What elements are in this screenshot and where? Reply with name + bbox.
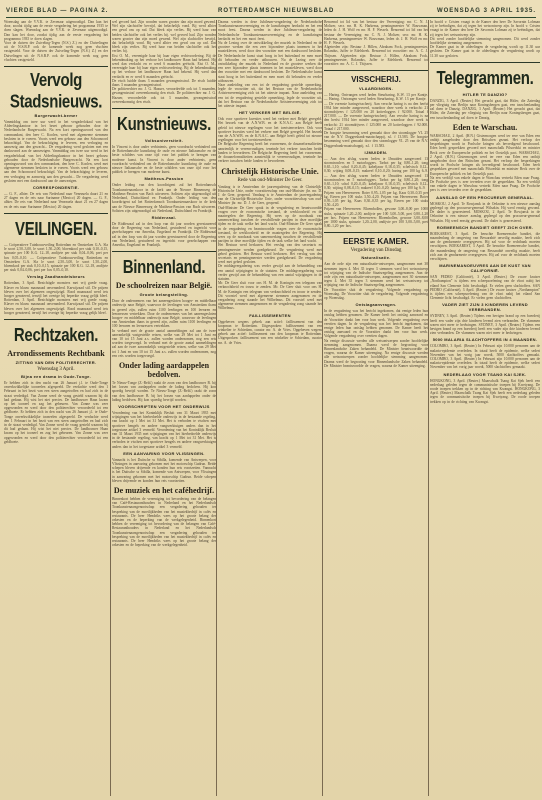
article-subheading: IJMUIDEN.: [324, 150, 428, 155]
column-3: Daarna werden in deze Jubileum-vergaderi…: [218, 20, 322, 796]
article-paragraph: Nu de Lezing over de ontwikkeling der mu…: [218, 41, 322, 83]
column-5: In hoofd v. Cristen vraagt in de Kamer d…: [430, 20, 540, 796]
article-paragraph: In de vergadering was het bericht ingeko…: [324, 309, 428, 338]
article-paragraph: Rotterdam, 3 April. Bezichtigde monsters…: [4, 281, 108, 315]
article-subheading: FAILLISSEMENTEN: [218, 313, 322, 318]
article-paragraph: De politierechter mr. J. G. Hazuer, vero…: [112, 87, 216, 104]
article-subheading: Verslag Zaadhandelsbeurs: [4, 274, 108, 279]
article-subheading: CORRESPONDENTIE.: [4, 185, 108, 190]
section-rule: [112, 251, 216, 252]
article-subheading: HITLER TE DANZIG?: [430, 92, 540, 97]
article-paragraph: MOSKOU, 2 April. Te Rowjansk in de Oekra…: [430, 202, 540, 223]
article-paragraph: Eist O. M., vereenigde haar bij haar eig…: [112, 54, 216, 79]
article-paragraph: COLOMBO, 3 April. (Reuter.) In Februari …: [430, 344, 540, 369]
article-subheading: MARINEMANOEUVRES AAN DE KUST VAN CALIFOR…: [430, 263, 540, 273]
article-subheading: VOORSCHRIFTEN VOOR HET ONDERWIJS: [112, 404, 216, 409]
article-dateline: Rede van oud-Minister De Geer.: [218, 178, 322, 183]
article-dateline: Woensdag 3 April.: [4, 367, 108, 372]
article-headline: Christelijk Historische Unie.: [218, 167, 322, 176]
article-headline: De schoolreizen naar België.: [112, 281, 216, 290]
section-rule: [4, 213, 108, 214]
article-paragraph: SYDNEY, 3 April. (Reuter.) Tijdens een h…: [430, 314, 540, 335]
article-subheading: ROEMEENSCH BANDIET GEEFT ZICH OVER.: [430, 225, 540, 230]
article-paragraph: Dit werd zonder hoofdelijke stemming aan…: [430, 37, 540, 45]
article-paragraph: Prijzen van Heerenveen: Boter 0,95–1,05 …: [324, 191, 428, 208]
section-rule: [112, 108, 216, 109]
article-paragraph: Benoemd tot lid van het bestuur der Vere…: [324, 20, 428, 45]
article-paragraph: De Belgische Regeering heeft het voornem…: [218, 142, 322, 163]
article-paragraph: Prijzen van Heerenveen: Bloembollen, gew…: [324, 207, 428, 228]
section-heading: Kunstnieuws.: [112, 114, 216, 135]
article-paragraph: Dit voorstel werd met algemeene stemmen …: [218, 294, 322, 311]
article-paragraph: Na een verblijf van enkele dagen te Wars…: [430, 176, 540, 193]
issue-date: WOENSDAG 3 APRIL 1935.: [437, 8, 536, 14]
article-headline: Onder lading aardappelen bedolven.: [112, 361, 216, 379]
section-heading: Rechtzaken.: [4, 325, 108, 346]
article-subheading: Groote belangstelling.: [112, 292, 216, 297]
section-heading: Telegrammen.: [430, 68, 540, 89]
article-subheading: VLAARDINGEN.: [324, 86, 428, 91]
page-label: VIERDE BLAD — PAGINA 2.: [6, 8, 108, 14]
article-paragraph: — Coöperatieve Tuinbouwveiling Rotterdam…: [4, 243, 108, 272]
article-paragraph: WARSCHAU, 2 April. (H.N.) Gistermorgen w…: [430, 134, 540, 176]
article-paragraph: Na eenige discussie werden alle wetsontw…: [324, 339, 428, 368]
article-paragraph: HONGKONG, 3 April. (Reuter.) Maarschalk …: [430, 379, 540, 404]
article-headline: Arrondissements Rechtbank: [4, 349, 108, 358]
article-paragraph: De Kamer gaat in de afdeelingen de verga…: [430, 45, 540, 58]
article-paragraph: DANZIG, 3 April. (Reuter.) Het gerucht g…: [430, 99, 540, 120]
column-4: Benoemd tot lid van het bestuur der Vere…: [324, 20, 428, 796]
article-paragraph: De Ridderzaal zal in den loop van dit ja…: [112, 222, 216, 247]
article-subheading: VADER ZIET ZIJN 3 KINDEREN LEVEND VERBRA…: [430, 302, 540, 312]
section-heading: VEILINGEN.: [4, 219, 108, 240]
section-rule: [4, 319, 108, 320]
article-subheading: EEN AANVARING VOOR VLISSINGEN.: [112, 451, 216, 456]
article-paragraph: — De vorenste haringvisscherij. Aan vers…: [324, 102, 428, 131]
article-headline: De muziek en het caféhedrijf.: [112, 486, 216, 495]
article-paragraph: Er hebben zich in den nacht van 26 Janua…: [4, 381, 108, 444]
article-paragraph: De eisch luidde thans 3 maanden gevangen…: [112, 79, 216, 87]
article-paragraph: Binnenkort hebben de vereeniging tot bev…: [112, 497, 216, 547]
article-subheading: Mattheus-Passion: [112, 176, 216, 181]
article-subheading: Ontslagaanvragen.: [324, 302, 428, 307]
article-subheading: NEDERLAAG VOOR TSANG KAI SJEK.: [430, 372, 540, 377]
article-paragraph: Vannacht is het Duitsche ss Sibilla, kom…: [112, 458, 216, 483]
section-rule: [324, 70, 428, 71]
article-paragraph: wel gevoed had. Zijn wonden waren groote…: [112, 20, 216, 54]
article-paragraph: In hoofd v. Cristen vraagt in de Kamer d…: [430, 20, 540, 37]
article-paragraph: — Aan den afslag waren heden te IJmuiden…: [324, 157, 428, 191]
article-paragraph: Oud-Minister De Geer sprak in de vergade…: [218, 206, 322, 244]
article-subheading: Burgerwacht-bemer: [4, 113, 108, 118]
article-paragraph: Woensdag aan de V.V.K. te Zevenaar uitge…: [4, 20, 108, 41]
section-heading: VISSCHERIJ.: [324, 75, 428, 84]
column-1: Woensdag aan de V.V.K. te Zevenaar uitge…: [4, 20, 108, 796]
section-heading: Binnenland.: [112, 257, 216, 278]
article-paragraph: BOEKAREST, 3 April. De beruchte Roemeens…: [430, 232, 540, 261]
masthead: VIERDE BLAD — PAGINA 2. ROTTERDAMSCH NIE…: [6, 7, 536, 18]
article-subheading: AANSLAG OP EEN PROCUREUR GENERAAL.: [430, 195, 540, 200]
columns: Woensdag aan de V.V.K. te Zevenaar uitge…: [4, 20, 538, 796]
section-heading: Vervolg Stadsnieuws.: [4, 70, 108, 113]
section-rule: [430, 62, 540, 63]
column-divider: [110, 20, 111, 796]
article-subheading: Naturalisatie.: [324, 255, 428, 260]
article-paragraph: Afgetreden zijn: Bestuur J. Hillen, Abra…: [324, 45, 428, 66]
column-2: wel gevoed had. Zijn wonden waren groote…: [112, 20, 216, 796]
article-paragraph: De middagvergadering was verder gewijd a…: [218, 264, 322, 281]
article-paragraph: SAN PEDRO (Californië), 3 April. (Reuter…: [430, 275, 540, 300]
article-paragraph: — Haring. Ontvangen werd heden Steurhari…: [324, 93, 428, 101]
column-divider: [322, 20, 323, 796]
article-paragraph: Het Bestuur werd herkozen. Het verslag v…: [218, 243, 322, 264]
article-dateline: Vergadering van Dinsdag: [324, 248, 428, 253]
article-paragraph: Te Nieuw-Tonge (Z.-Beld.) raakt de zoon …: [112, 381, 216, 402]
article-paragraph: Opgeheven wegens gebrek aan actief: fail…: [218, 320, 322, 345]
article-subheading: HET VERKEER MET BELGIË.: [218, 110, 322, 115]
article-paragraph: Daarna werden in deze Jubileum-vergaderi…: [218, 20, 322, 41]
article-paragraph: Vandaag is te Amsterdam de jaarvergaderi…: [218, 185, 322, 206]
section-rule: [324, 232, 428, 233]
article-paragraph: De Voorzitter sluit de vergadering. Volg…: [324, 288, 428, 301]
article-paragraph: In Vincent is door ander verbintenis, ge…: [112, 145, 216, 174]
column-divider: [428, 20, 429, 796]
article-paragraph: — G. F., alhier. De reis van Nederland n…: [4, 192, 108, 209]
column-divider: [216, 20, 217, 796]
article-subheading: ZITTING VAN DEN POLITIERECHTER.: [4, 360, 108, 365]
article-paragraph: Onder leiding van den koordirigent zal h…: [112, 183, 216, 212]
section-heading: EERSTE KAMER.: [324, 237, 428, 246]
article-paragraph: In verband met de groote aantal aanmeldi…: [112, 329, 216, 358]
article-paragraph: Naar aanleiding van een tot de vergaderi…: [218, 83, 322, 108]
article-paragraph: Door de ondernemers van het aaneengeslot…: [112, 299, 216, 328]
article-paragraph: Ook voor sportieve kwesties werd het ver…: [218, 117, 322, 142]
newspaper-title: ROTTERDAMSCH NIEUWSBLAD: [218, 8, 334, 14]
article-paragraph: Voor de duiven der Zuiveling-Tegen (N.S.…: [4, 41, 108, 62]
article-paragraph: De hoogste besomming werd gemaakt door d…: [324, 131, 428, 148]
article-paragraph: Verordening van het Koninklijk Besluit v…: [112, 411, 216, 449]
article-subheading: Bijna een drama in Oude-Tonge.: [4, 374, 108, 379]
article-subheading: Ridderzaal.: [112, 215, 216, 220]
newspaper-page: VIERDE BLAD — PAGINA 2. ROTTERDAMSCH NIE…: [0, 0, 542, 800]
article-subheading: 5000 MALARIA SLACHTOFFERS IN 4 MAANDEN.: [430, 337, 540, 342]
section-rule: [4, 66, 108, 67]
article-subheading: Volksuniversiteit.: [112, 138, 216, 143]
article-paragraph: Aan de orde zijn een naturalisatie-ontwe…: [324, 262, 428, 287]
article-paragraph: Vanmiddag om twee uur werd in het vergad…: [4, 120, 108, 183]
article-headline: Eden te Warschau.: [430, 123, 540, 132]
article-paragraph: Mr. De Geer sluit voor ons H. M. de Koni…: [218, 281, 322, 294]
